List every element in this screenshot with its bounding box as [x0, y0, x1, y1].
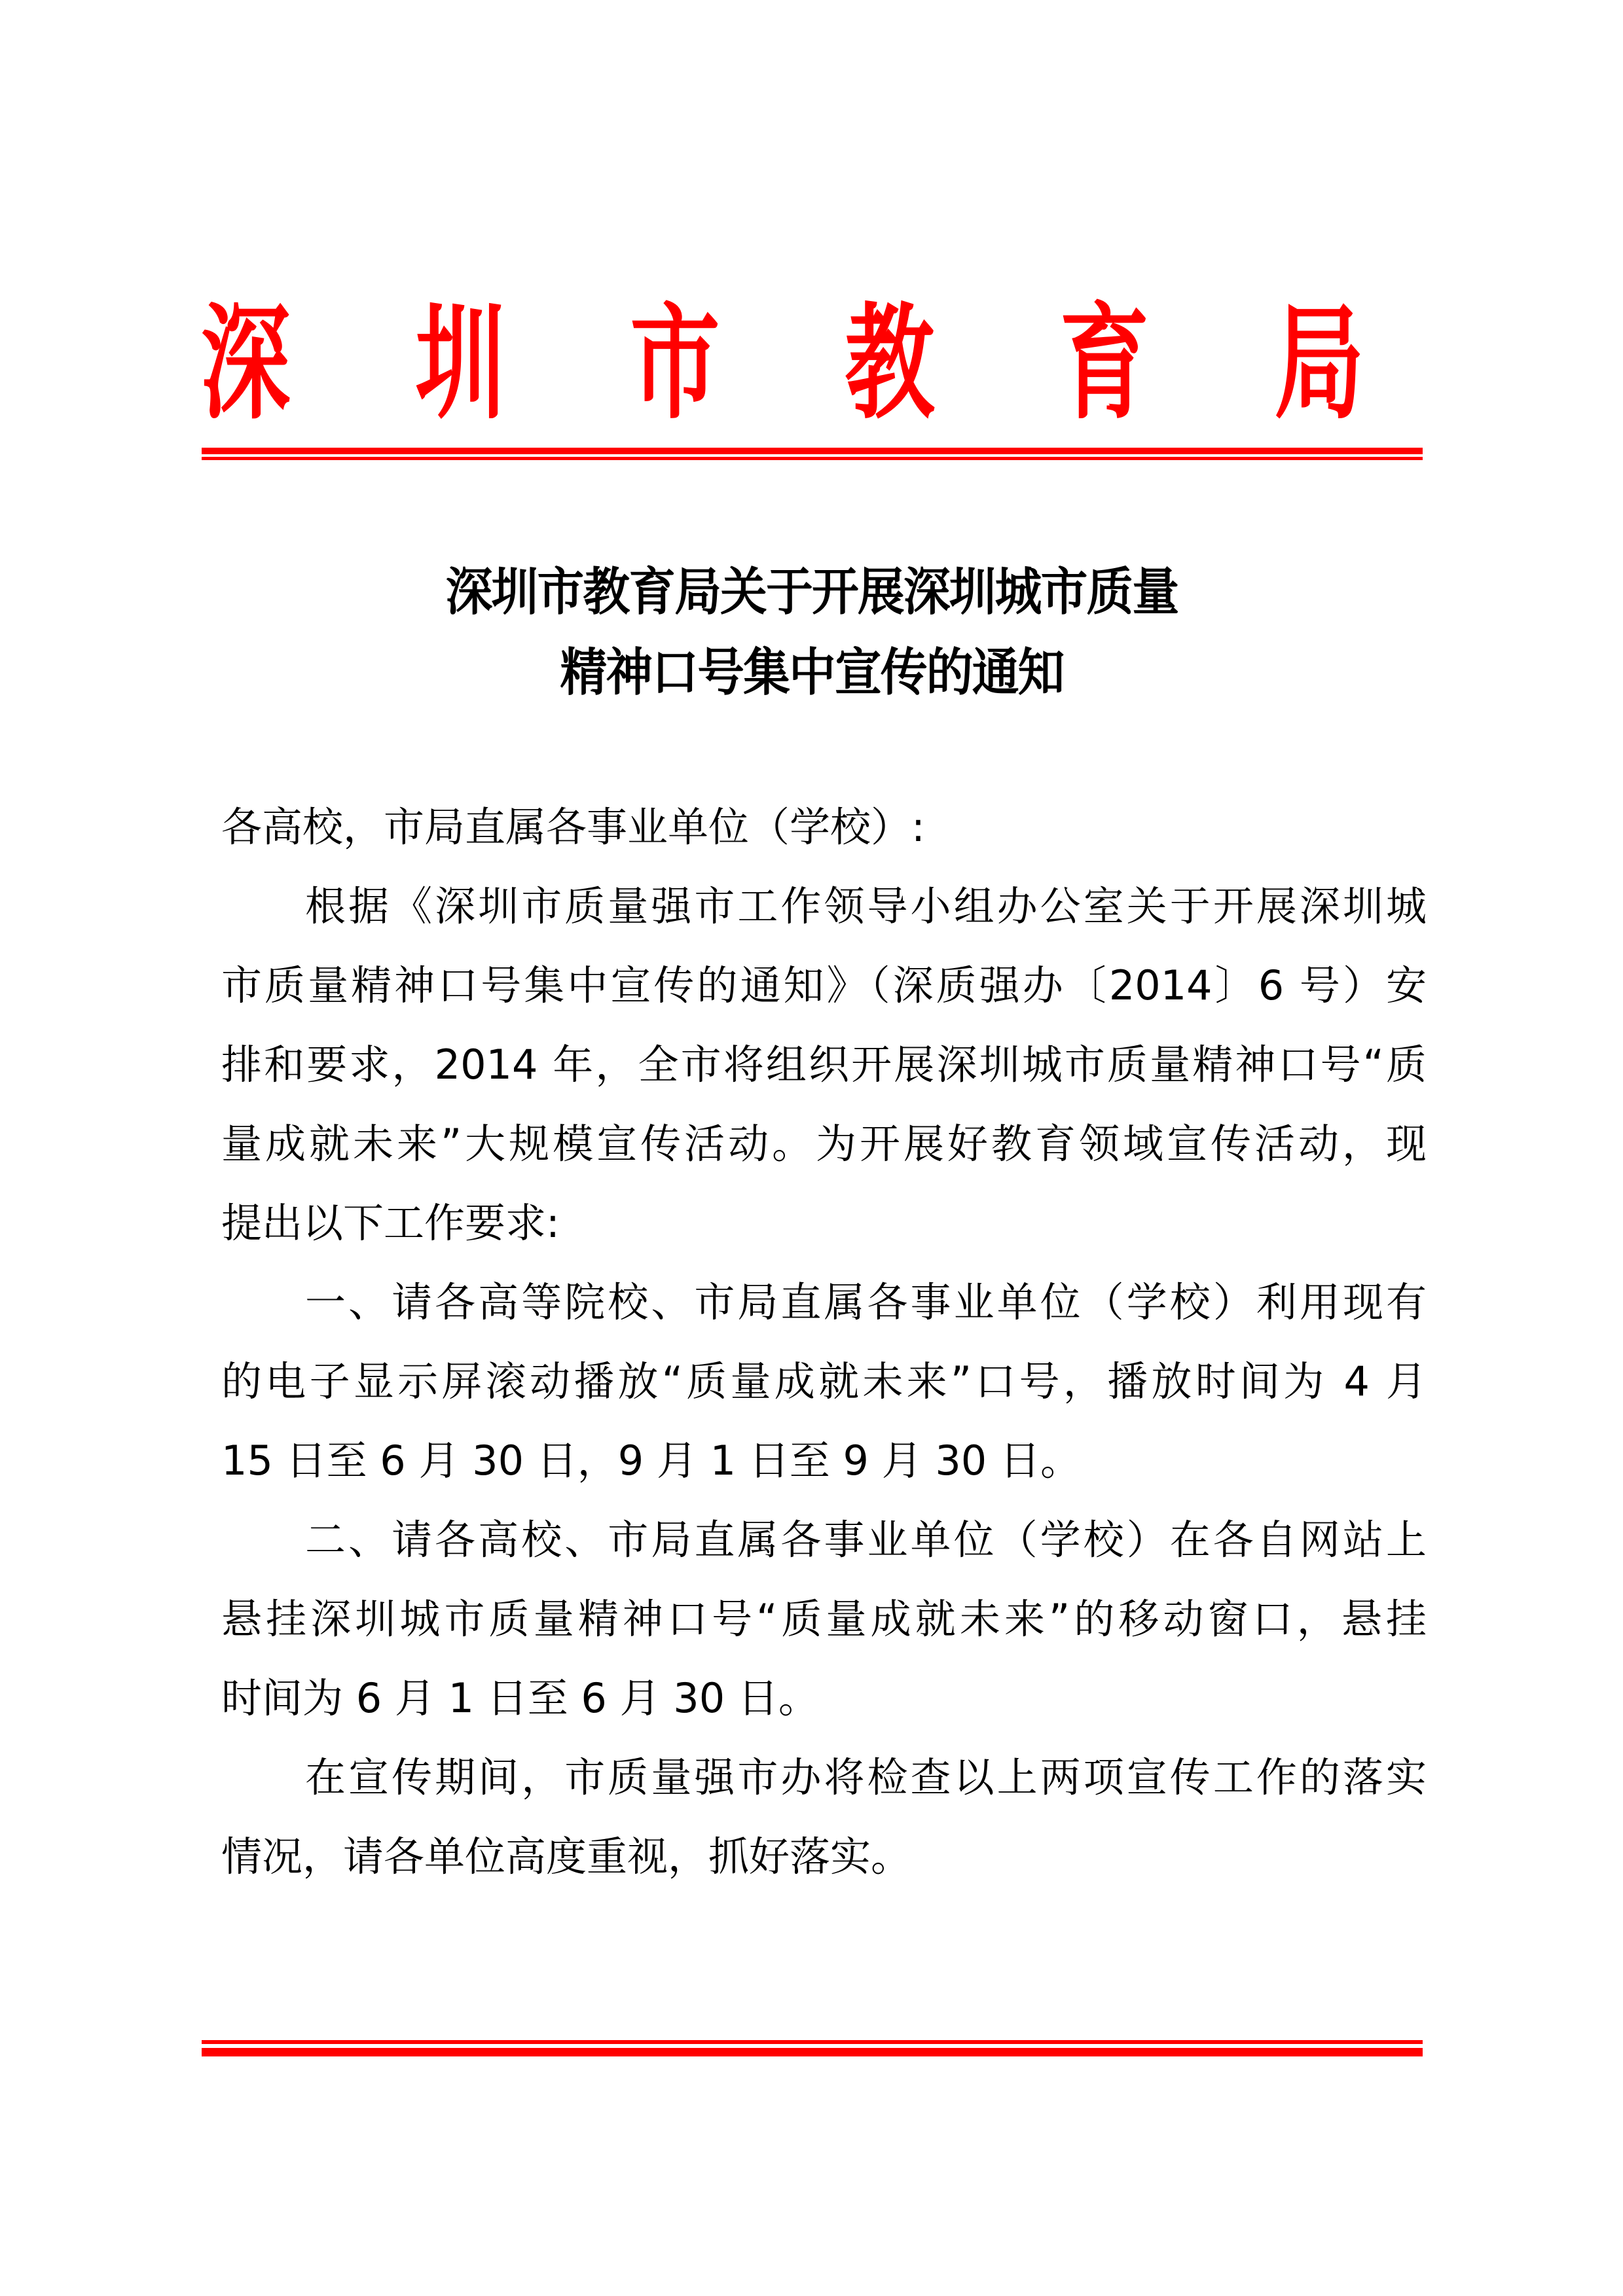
- footer-rule-thin: [202, 2040, 1423, 2044]
- header-rule-thin: [202, 457, 1423, 460]
- header-rule-thick: [202, 448, 1423, 454]
- body-line: 二、请各高校、市局直属各事业单位（学校）在各自网站上: [221, 1516, 1427, 1564]
- body-line: 市质量精神口号集中宣传的通知》（深质强办〔2014〕6 号）安: [221, 962, 1427, 1009]
- issuer-char: 深: [198, 298, 293, 429]
- body-line: 时间为 6 月 1 日至 6 月 30 日。: [221, 1675, 1427, 1722]
- title-line-2: 精神口号集中宣传的通知: [196, 647, 1427, 699]
- issuer-char: 圳: [413, 298, 507, 429]
- title-text: 深圳市教育局关于开展深圳城市质量: [446, 566, 1178, 619]
- body-line: 悬挂深圳城市质量精神口号“质量成就未来”的移动窗口，悬挂: [221, 1596, 1427, 1643]
- body-line: 的电子显示屏滚动播放“质量成就未来”口号，播放时间为 4 月: [221, 1358, 1427, 1405]
- body-line: 排和要求，2014 年，全市将组织开展深圳城市质量精神口号“质: [221, 1041, 1427, 1088]
- issuer-title: 深 圳 市 教 育 局: [196, 298, 1440, 429]
- salutation: 各高校，市局直属各事业单位（学校）:: [221, 804, 1427, 851]
- title-line-1: 深圳市教育局关于开展深圳城市质量: [196, 566, 1427, 619]
- issuer-char: 局: [1272, 298, 1366, 429]
- body-line: 根据《深圳市质量强市工作领导小组办公室关于开展深圳城: [221, 883, 1427, 930]
- issuer-char: 育: [1057, 298, 1152, 429]
- body-line: 在宣传期间，市质量强市办将检查以上两项宣传工作的落实: [221, 1754, 1427, 1801]
- body-line: 15 日至 6 月 30 日，9 月 1 日至 9 月 30 日。: [221, 1437, 1427, 1484]
- title-text: 精神口号集中宣传的通知: [560, 647, 1063, 699]
- body-line: 提出以下工作要求:: [221, 1200, 1427, 1247]
- issuer-char: 教: [843, 298, 937, 429]
- body-line: 情况，请各单位高度重视，抓好落实。: [221, 1833, 1427, 1880]
- body-line: 量成就未来”大规模宣传活动。为开展好教育领域宣传活动，现: [221, 1121, 1427, 1168]
- body-line: 一、请各高等院校、市局直属各事业单位（学校）利用现有: [221, 1279, 1427, 1326]
- issuer-char: 市: [628, 298, 722, 429]
- footer-rule-thick: [202, 2048, 1423, 2056]
